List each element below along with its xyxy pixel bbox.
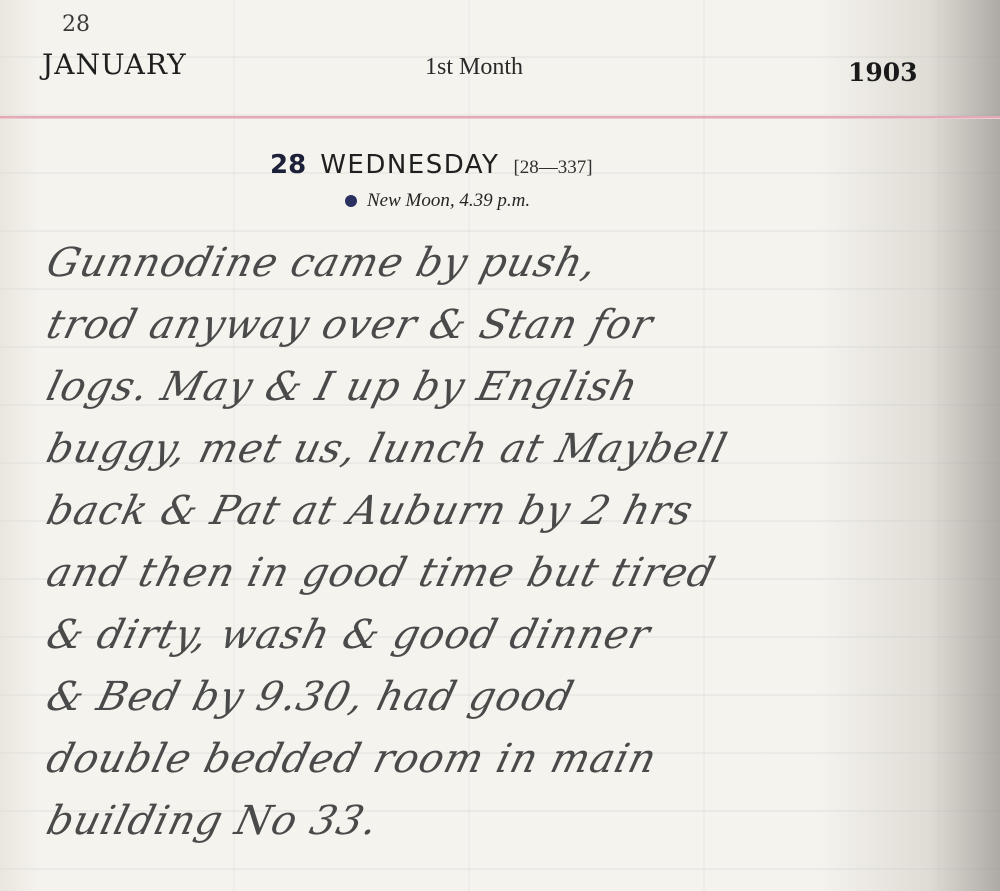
new-moon-icon xyxy=(345,195,357,207)
header-rule xyxy=(0,116,1000,119)
entry-line: trod anyway over & Stan for xyxy=(40,294,995,356)
day-count: [28—337] xyxy=(513,157,592,179)
year: 1903 xyxy=(848,58,918,87)
diary-page: 28 JANUARY 1st Month 1903 28 WEDNESDAY [… xyxy=(0,0,1000,891)
day-number: 28 xyxy=(270,150,306,180)
entry-line: back & Pat at Auburn by 2 hrs xyxy=(40,480,995,542)
entry-line: & dirty, wash & good dinner xyxy=(40,604,995,666)
entry-line: double bedded room in main xyxy=(40,728,995,790)
handwritten-entry: Gunnodine came by push, trod anyway over… xyxy=(40,232,980,852)
month-title: JANUARY xyxy=(42,48,187,81)
moon-phase: New Moon, 4.39 p.m. xyxy=(345,190,530,212)
entry-line: and then in good time but tired xyxy=(40,542,995,604)
entry-line: & Bed by 9.30, had good xyxy=(40,666,995,728)
corner-day-number: 28 xyxy=(62,12,90,37)
day-heading: 28 WEDNESDAY [28—337] xyxy=(270,150,593,180)
entry-line: Gunnodine came by push, xyxy=(40,232,995,294)
entry-line: building No 33. xyxy=(40,790,995,852)
entry-line: logs. May & I up by English xyxy=(40,356,995,418)
weekday: WEDNESDAY xyxy=(320,150,499,180)
moon-phase-text: New Moon, 4.39 p.m. xyxy=(367,190,530,212)
month-ordinal: 1st Month xyxy=(425,54,523,81)
entry-line: buggy, met us, lunch at Maybell xyxy=(40,418,995,480)
